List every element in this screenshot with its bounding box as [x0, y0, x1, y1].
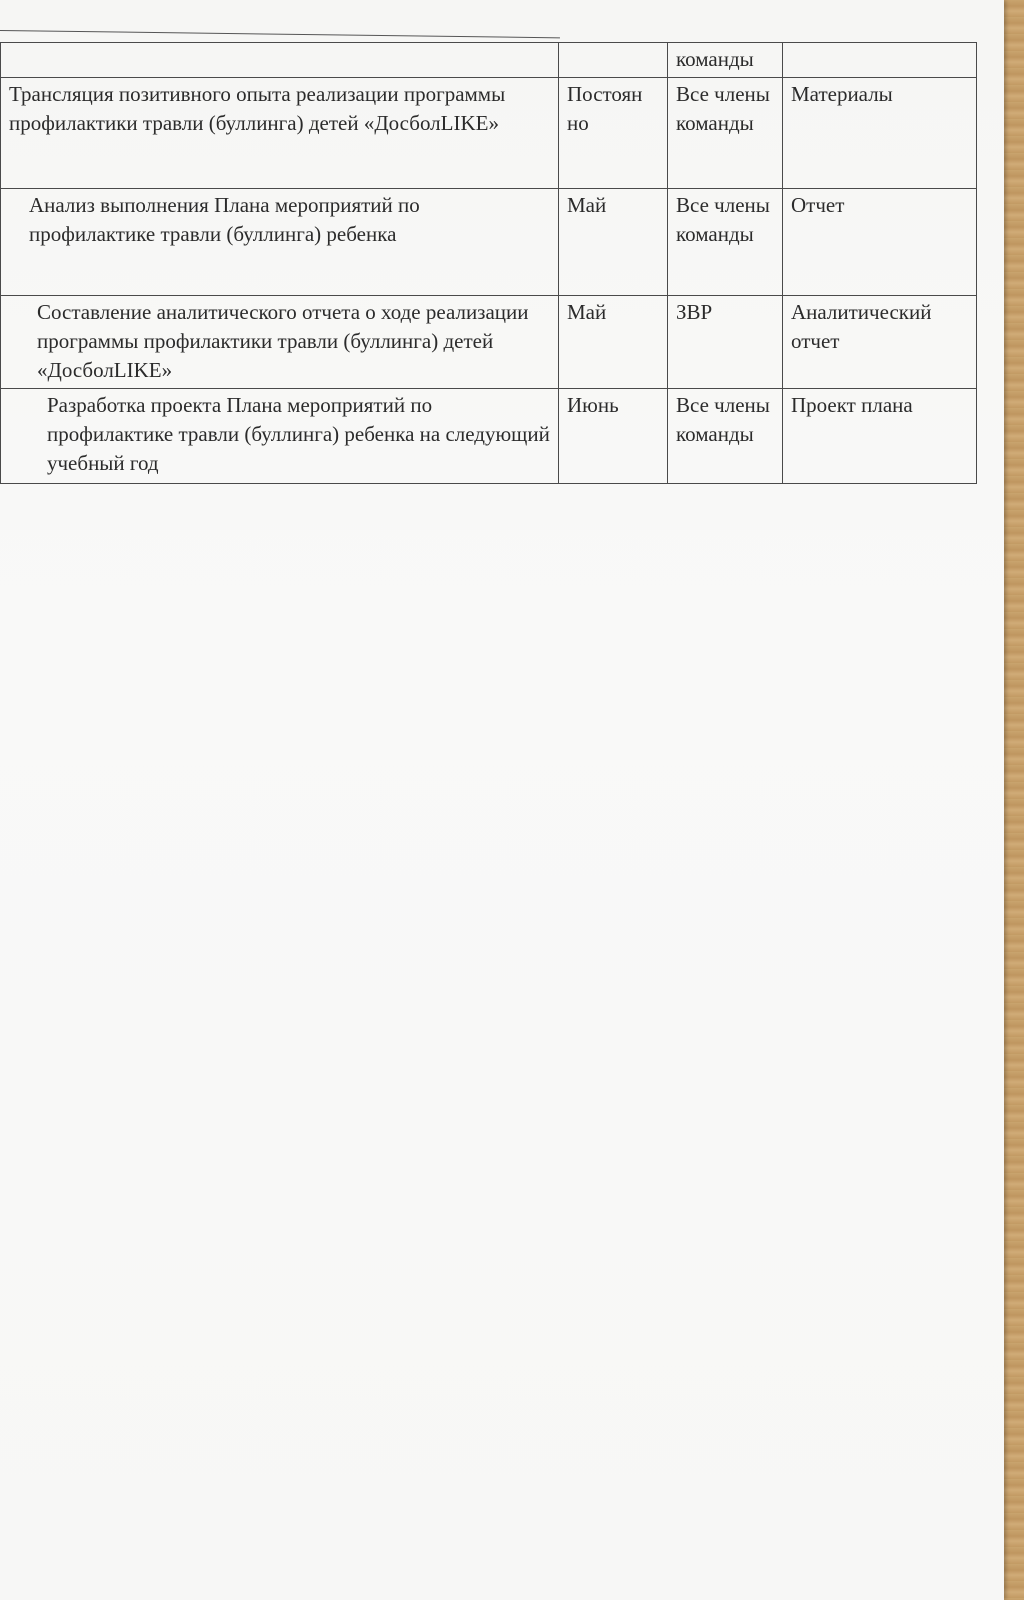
activity-cell: [1, 43, 559, 78]
term-cell: Июнь: [559, 389, 668, 484]
responsible-cell: Все члены команды: [668, 389, 783, 484]
responsible-cell: команды: [668, 43, 783, 78]
activity-cell: Анализ выполнения Плана мероприятий по п…: [1, 189, 559, 296]
responsible-cell: ЗВР: [668, 296, 783, 389]
table-row: Анализ выполнения Плана мероприятий по п…: [1, 189, 977, 296]
table-row: Разработка проекта Плана мероприятий по …: [1, 389, 977, 484]
table-row: команды: [1, 43, 977, 78]
table-row: Составление аналитического отчета о ходе…: [1, 296, 977, 389]
result-cell: Проект плана: [783, 389, 977, 484]
wooden-desk-edge: [1004, 0, 1024, 1600]
activity-cell: Трансляция позитивного опыта реализации …: [1, 78, 559, 189]
term-cell: [559, 43, 668, 78]
term-cell: Постоян но: [559, 78, 668, 189]
activity-cell: Разработка проекта Плана мероприятий по …: [1, 389, 559, 484]
activity-cell: Составление аналитического отчета о ходе…: [1, 296, 559, 389]
result-cell: Аналитический отчет: [783, 296, 977, 389]
document-page: команды Трансляция позитивного опыта реа…: [0, 0, 1004, 1600]
action-plan-table: команды Трансляция позитивного опыта реа…: [0, 42, 977, 484]
table-row: Трансляция позитивного опыта реализации …: [1, 78, 977, 189]
term-cell: Май: [559, 189, 668, 296]
result-cell: Материалы: [783, 78, 977, 189]
result-cell: Отчет: [783, 189, 977, 296]
responsible-cell: Все члены команды: [668, 78, 783, 189]
result-cell: [783, 43, 977, 78]
term-cell: Май: [559, 296, 668, 389]
responsible-cell: Все члены команды: [668, 189, 783, 296]
table-top-border: [0, 30, 560, 38]
